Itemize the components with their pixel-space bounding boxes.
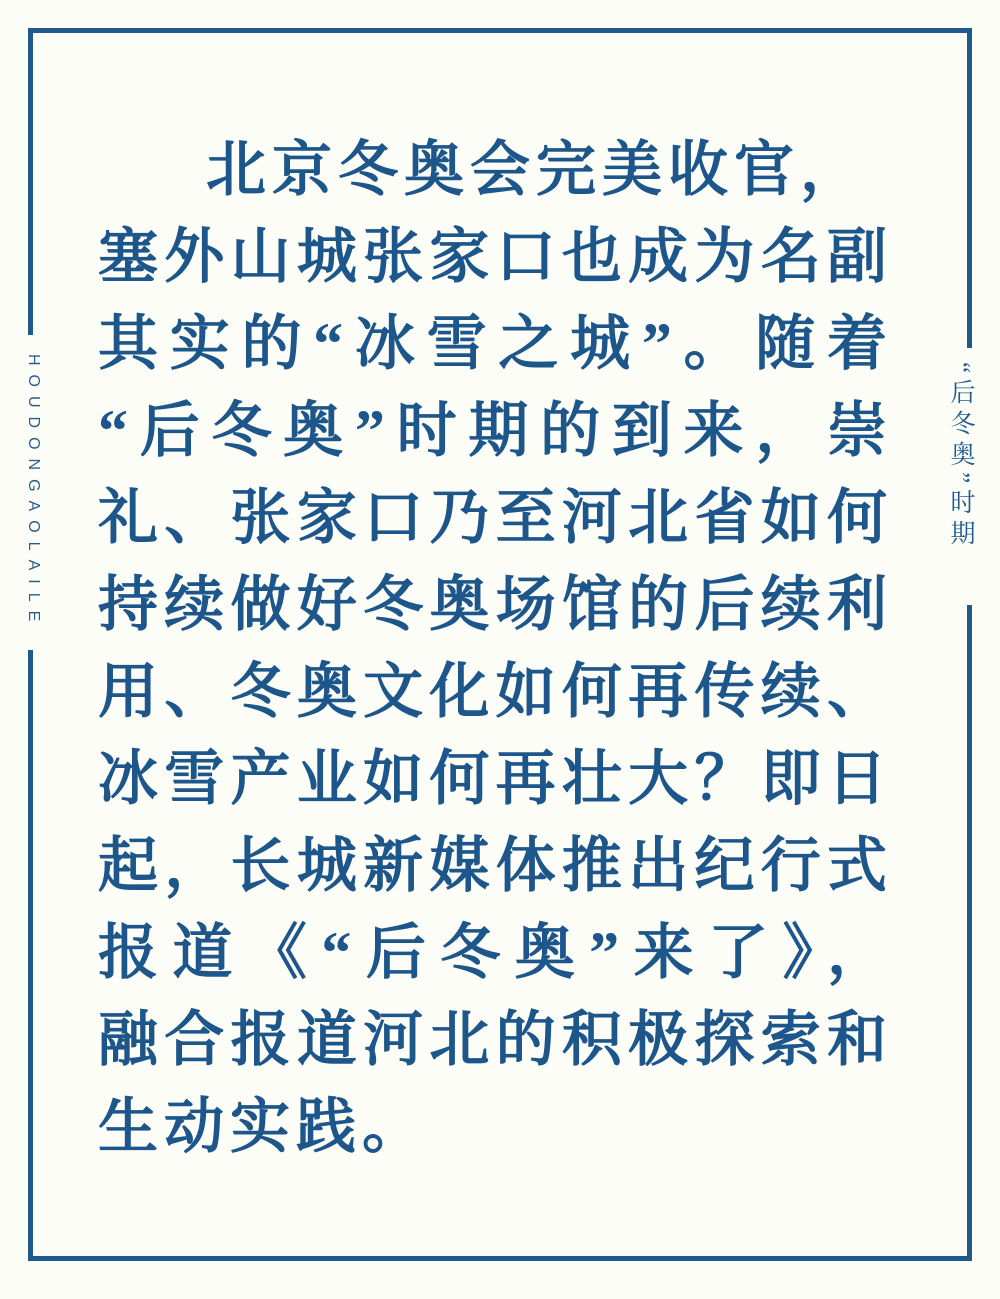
frame-border-bottom <box>28 1256 972 1261</box>
text-line: 用、冬奥文化如何再传续、 <box>98 649 893 736</box>
article-card: HOUDONGAOLAILE “后冬奥”时期 北京冬奥会完美收官， 塞外山城张家… <box>0 0 1000 1299</box>
frame-border-top <box>28 28 972 33</box>
text-line: 起，长城新媒体推出纪行式 <box>98 823 893 910</box>
text-line: 礼、张家口乃至河北省如何 <box>98 475 893 562</box>
frame-border-right-lower <box>967 605 972 1261</box>
article-paragraph: 北京冬奥会完美收官， 塞外山城张家口也成为名副 其实的“冰雪之城”。随着 “后冬… <box>98 127 893 1171</box>
frame-border-right-upper <box>967 28 972 348</box>
text-line: 北京冬奥会完美收官， <box>98 127 893 214</box>
text-line: 其实的“冰雪之城”。随着 <box>98 301 893 388</box>
frame-border-left-lower <box>28 650 33 1261</box>
text-line: 冰雪产业如何再壮大？即日 <box>98 736 893 823</box>
text-line: 报道《“后冬奥”来了》， <box>98 910 893 997</box>
right-vertical-topic-label: “后冬奥”时期 <box>948 362 978 612</box>
text-line: 生动实践。 <box>98 1084 893 1171</box>
left-vertical-pinyin-label: HOUDONGAOLAILE <box>20 354 42 654</box>
frame-border-left-upper <box>28 28 33 335</box>
text-line: 塞外山城张家口也成为名副 <box>98 214 893 301</box>
text-line: 持续做好冬奥场馆的后续利 <box>98 562 893 649</box>
text-line: 融合报道河北的积极探索和 <box>98 997 893 1084</box>
text-line: “后冬奥”时期的到来，崇 <box>98 388 893 475</box>
